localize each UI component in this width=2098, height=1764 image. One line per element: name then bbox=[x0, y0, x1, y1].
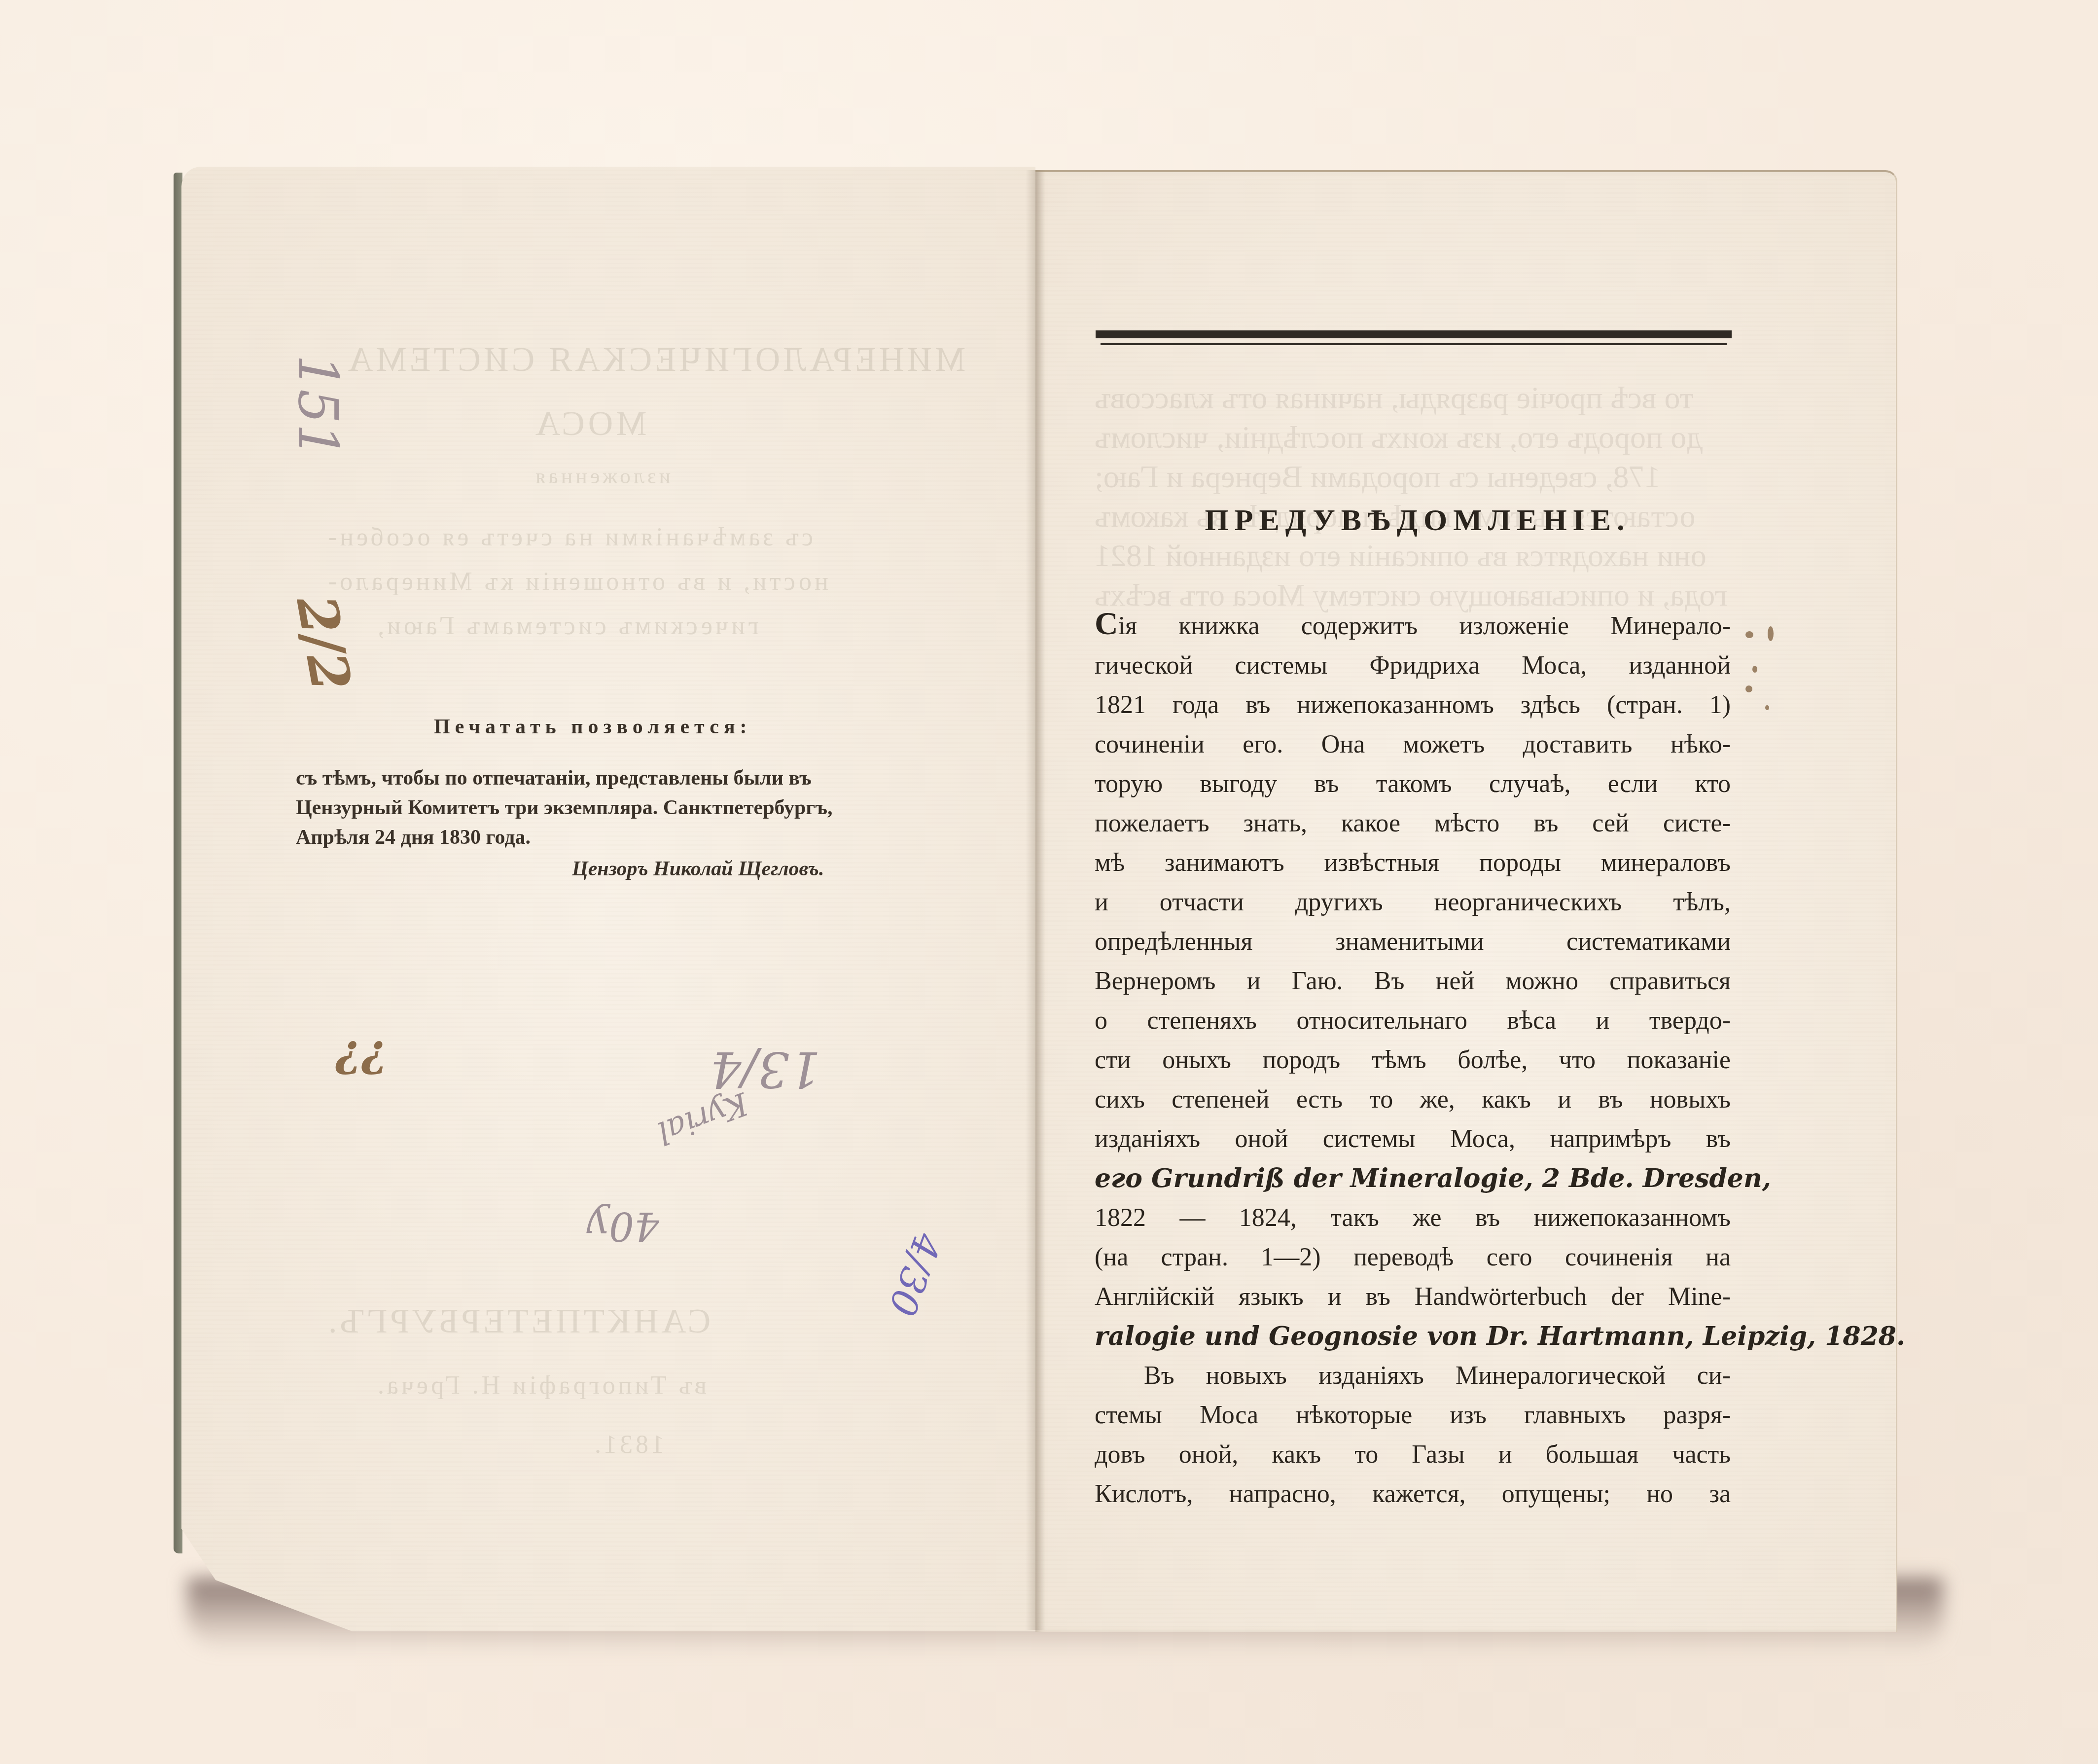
text-line: и отчасти другихъ неорганическихъ тѣлъ, bbox=[1095, 883, 1731, 922]
ghost-line: МОСА bbox=[533, 404, 646, 444]
drop-cap: С bbox=[1095, 606, 1118, 642]
body-text: Сія книжка содержитъ изложеніе Минерало-… bbox=[1095, 604, 1731, 1514]
text-line: (на стран. 1—2) переводѣ сего сочиненія … bbox=[1095, 1238, 1731, 1277]
text-line: сихъ степеней есть то же, какъ и въ новы… bbox=[1095, 1080, 1731, 1119]
imprimatur-line: Апрѣля 24 дня 1830 года. bbox=[296, 823, 981, 852]
text-line: изданіяхъ оной системы Моса, напримѣръ в… bbox=[1095, 1119, 1731, 1159]
ghost-line: въ Типографіи Н. Греча. bbox=[375, 1371, 707, 1400]
header-rule-thick bbox=[1096, 330, 1732, 338]
text-line: гической системы Фридриха Моса, изданной bbox=[1095, 646, 1731, 685]
text-line: Кислотъ, напрасно, кажется, опущены; но … bbox=[1095, 1475, 1731, 1514]
imprimatur-line: Цензурный Комитетъ три экземпляра. Санкт… bbox=[296, 793, 981, 823]
ghost-line: то всѣ прочіе разряды, начиная отъ класс… bbox=[1095, 380, 1694, 416]
text-line: торую выгоду въ такомъ случаѣ, если кто bbox=[1095, 764, 1731, 804]
text-line: 1822 — 1824, такъ же въ нижепоказанномъ bbox=[1095, 1198, 1731, 1238]
imprimatur-title: Печатать позволяется: bbox=[434, 715, 981, 739]
imprimatur-body: съ тѣмъ, чтобы по отпечатаніи, представл… bbox=[296, 763, 981, 852]
handwritten-shelfmark: 151 bbox=[286, 355, 350, 458]
text-line: пожелаетъ знать, какое мѣсто въ сей сист… bbox=[1095, 804, 1731, 843]
text-line: Англійскій языкъ и въ Handwörterbuch der… bbox=[1095, 1277, 1731, 1317]
text-line: опредѣленныя знаменитыми систематиками bbox=[1095, 922, 1731, 962]
ghost-line: до породъ его, изъ коихъ послѣдніи, числ… bbox=[1095, 419, 1703, 456]
imprimatur-block: Печатать позволяется: съ тѣмъ, чтобы по … bbox=[296, 715, 981, 881]
ghost-line: гическимъ системамъ Гаюи, bbox=[375, 612, 758, 641]
censor-signature: Цензоръ Николай Щегловъ. bbox=[572, 857, 981, 881]
imprimatur-line: съ тѣмъ, чтобы по отпечатаніи, представл… bbox=[296, 763, 981, 793]
text-line: его Grundriß der Mineralogie, 2 Bde. Dre… bbox=[1095, 1159, 1731, 1198]
book-gutter bbox=[1026, 170, 1045, 1630]
header-rule-thin bbox=[1101, 343, 1727, 345]
ghost-line: изложенная bbox=[533, 464, 671, 489]
text-line: сти оныхъ породъ тѣмъ болѣе, что показан… bbox=[1095, 1041, 1731, 1080]
ink-stain-spots bbox=[1745, 626, 1785, 715]
text-line: Въ новыхъ изданіяхъ Минералогической си- bbox=[1095, 1356, 1731, 1396]
ghost-line: ности, и въ отношеніи къ Минерало- bbox=[325, 567, 828, 596]
ghost-line: 1831. bbox=[592, 1430, 664, 1459]
text-line: довъ оной, какъ то Газы и большая часть bbox=[1095, 1435, 1731, 1475]
book-spine bbox=[174, 173, 182, 1553]
ghost-line: они находятся въ описаніи его изданной 1… bbox=[1095, 538, 1707, 574]
ghost-line: 178, сведены съ породами Вернера и Гаю; bbox=[1095, 459, 1660, 495]
text-line: сочиненіи его. Она можетъ доставить нѣко… bbox=[1095, 725, 1731, 764]
text-line: о степеняхъ относительнаго вѣса и твердо… bbox=[1095, 1001, 1731, 1041]
ghost-line: съ замѣчаніями на счетъ ея особен- bbox=[325, 523, 813, 552]
text-line: 1821 года въ нижепоказанномъ здѣсь (стра… bbox=[1095, 685, 1731, 725]
text-line: Вернеромъ и Гаю. Въ ней можно справиться bbox=[1095, 962, 1731, 1001]
ghost-line: САНКТПЕТЕРБУРГЪ. bbox=[325, 1302, 711, 1341]
text-line: стемы Моса нѣкоторые изъ главныхъ разря- bbox=[1095, 1396, 1731, 1435]
handwritten-margin-mark: ?? bbox=[335, 1031, 387, 1083]
ghost-line: МИНЕРАЛОГИЧЕСКАЯ СИСТЕМА bbox=[345, 340, 965, 380]
text-line: ralogie und Geognosie von Dr. Hartmann, … bbox=[1095, 1317, 1731, 1356]
text-line: мѣ занимаютъ извѣстныя породы минераловъ bbox=[1095, 843, 1731, 883]
page-heading: ПРЕДУВѢДОМЛЕНІЕ. bbox=[1109, 503, 1726, 538]
handwritten-number: 40y bbox=[587, 1203, 659, 1249]
text-line: Сія книжка содержитъ изложеніе Минерало- bbox=[1095, 604, 1731, 646]
